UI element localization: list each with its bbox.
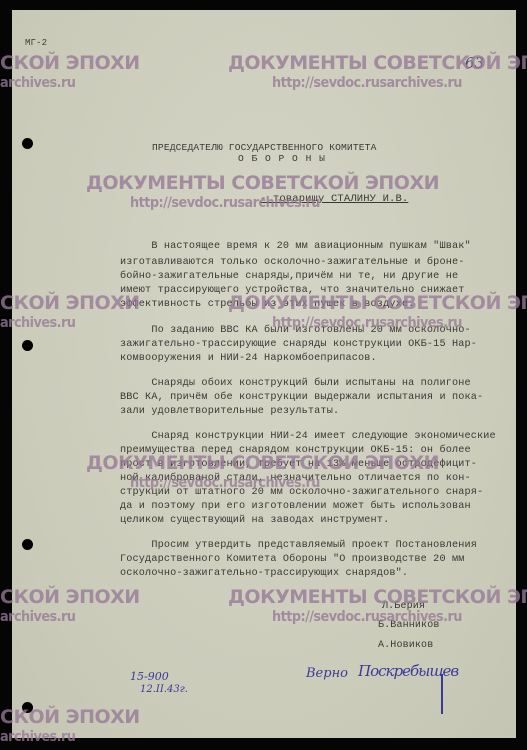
watermark-url: archives.ru <box>0 609 75 625</box>
handwritten-note: 15-900 <box>130 670 169 683</box>
watermark-title: ДОКУМЕНТЫ СОВЕТСКОЙ ЭПОХИ <box>86 452 439 474</box>
watermark-url: archives.ru <box>0 729 75 745</box>
body-line: Государственного Комитета Обороны "О про… <box>120 554 465 565</box>
watermark-url: http://sevdoc.rusarchives.ru <box>130 475 320 491</box>
body-line: зали удовлетворительные результаты. <box>120 406 339 417</box>
watermark-title: СКОЙ ЭПОХИ <box>0 706 140 728</box>
heading-line-2: О Б О Р О Н Ы <box>238 153 326 164</box>
watermark-url: archives.ru <box>0 315 75 331</box>
handwritten-date: 12.II.43г. <box>140 684 188 695</box>
watermark-url: http://sevdoc.rusarchives.ru <box>130 195 320 211</box>
signatory: А.Новиков <box>378 640 433 651</box>
punch-hole <box>22 539 33 550</box>
heading-line-1: ПРЕДСЕДАТЕЛЮ ГОСУДАРСТВЕННОГО КОМИТЕТА <box>152 142 376 153</box>
punch-hole <box>22 138 33 149</box>
watermark-title: СКОЙ ЭПОХИ <box>0 52 140 74</box>
archival-document-page <box>12 10 516 738</box>
body-line: Просим утвердить представляемый проект П… <box>120 540 477 551</box>
body-line: осколочно-зажигательно-трассирующих снар… <box>120 568 408 579</box>
certification-mark: Верно <box>306 666 348 681</box>
watermark-url: http://sevdoc.rusarchives.ru <box>272 609 462 625</box>
body-line: бойно-зажигательные снаряды,причём ни те… <box>120 271 458 282</box>
document-marker: МГ-2 <box>25 38 47 48</box>
body-line: изготавливаются только осколочно-зажигат… <box>120 257 465 268</box>
body-line: Снаряды обоих конструкций были испытаны … <box>120 378 471 389</box>
watermark-url: archives.ru <box>0 75 75 91</box>
watermark-title: ДОКУМЕНТЫ СОВЕТСКОЙ ЭПОХИ <box>228 586 527 608</box>
watermark-title: ДОКУМЕНТЫ СОВЕТСКОЙ ЭПОХИ <box>86 172 439 194</box>
watermark-title: СКОЙ ЭПОХИ <box>0 292 140 314</box>
watermark-title: ДОКУМЕНТЫ СОВЕТСКОЙ ЭПОХИ <box>228 52 527 74</box>
watermark-title: СКОЙ ЭПОХИ <box>0 586 140 608</box>
handwritten-signature: Поскребышев <box>358 662 458 680</box>
punch-hole <box>22 340 33 351</box>
body-line: да и поэтому при его изготовлении может … <box>120 501 471 512</box>
watermark-url: http://sevdoc.rusarchives.ru <box>272 75 462 91</box>
watermark-title: ДОКУМЕНТЫ СОВЕТСКОЙ ЭПОХИ <box>228 292 527 314</box>
body-line: зажигательно-трассирующие снаряды констр… <box>120 339 477 350</box>
body-line: Снаряд конструкции НИИ-24 имеет следующи… <box>120 431 496 442</box>
body-line: В настоящее время к 20 мм авиационным пу… <box>120 241 471 252</box>
body-line: комвооружения и НИИ-24 Наркомбоеприпасов… <box>120 353 377 364</box>
body-line: ВВС КА, причём обе конструкции выдержали… <box>120 392 483 403</box>
body-line: целиком существующий на заводах инструме… <box>120 515 389 526</box>
watermark-url: http://sevdoc.rusarchives.ru <box>272 315 462 331</box>
signature-stroke <box>441 674 443 714</box>
